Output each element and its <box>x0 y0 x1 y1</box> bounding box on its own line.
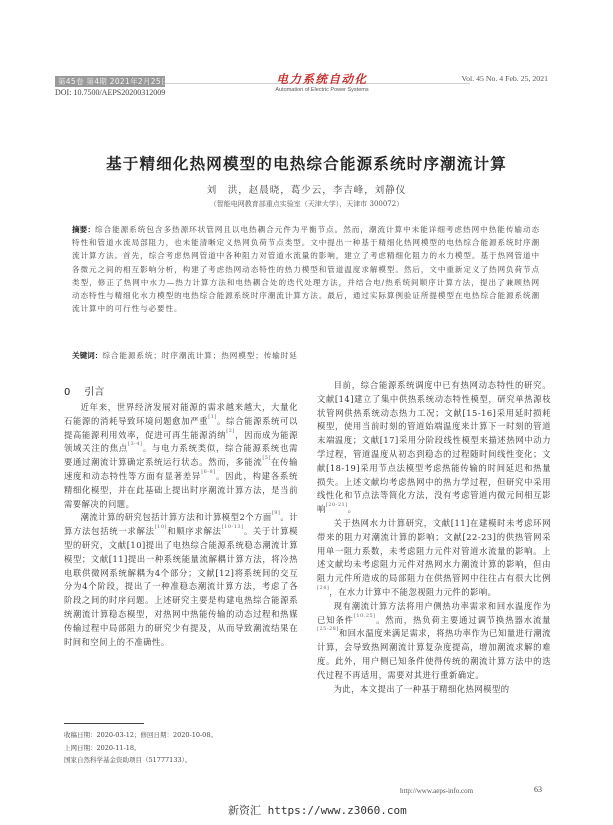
journal-url[interactable]: http://www.aeps-info.com <box>400 787 473 795</box>
citation-ref[interactable]: [1] <box>208 414 217 420</box>
paragraph-text: ，在水力计算中不能忽视阻力元件的影响。 <box>329 587 496 597</box>
abstract-text: 综合能源系统包含多热源环状管网且以电热耦合元件为平衡节点。然而，潮流计算中未能详… <box>72 225 540 313</box>
body-paragraph: 潮流计算的研究包括计算方法和计算模型2个方面[9]。计算方法包括统一求解法[10… <box>64 511 298 649</box>
watermark: 新资汇 https://www.z3060.com <box>228 802 407 818</box>
citation-ref[interactable]: [20-21] <box>326 502 348 508</box>
page-number: 63 <box>534 785 542 794</box>
citation-ref[interactable]: [10-13] <box>222 524 244 530</box>
paragraph-text: 。关于计算模型的研究，文献[10]提出了电热综合能源系统稳态潮流计算模型；文献[… <box>64 526 298 646</box>
footnote-funding: 国家自然科学基金资助项目（51777133）。 <box>64 754 304 767</box>
footnote-online: 上网日期：2020-11-18。 <box>64 742 304 755</box>
doi-label: DOI: 10.7500/AEPS20200312009 <box>55 88 165 97</box>
section-heading: 0引言 <box>64 383 104 398</box>
citation-ref[interactable]: [5] <box>262 455 271 461</box>
paragraph-text: 为此，本文提出了一种基于精细化热网模型的 <box>334 684 510 694</box>
citation-ref[interactable]: [3-4] <box>128 441 142 447</box>
body-paragraph: 现有潮流计算方法将用户侧热功率需求和回水温度作为已知条件[10,25]。然而，热… <box>317 600 551 683</box>
body-paragraph: 为此，本文提出了一种基于精细化热网模型的 <box>317 683 551 697</box>
abstract-label: 摘要： <box>72 225 95 234</box>
paragraph-text: 和顺序求解法 <box>167 526 222 536</box>
section-number: 0 <box>64 387 70 398</box>
citation-ref[interactable]: [10] <box>155 524 167 530</box>
footnote-divider <box>64 723 144 724</box>
right-column: 目前，综合能源系统调度中已有热网动态特性的研究。文献[14]建立了集中供热系统动… <box>317 379 551 696</box>
journal-name-en: Automation of Electric Power Systems <box>262 87 382 93</box>
paragraph-text: 。 <box>348 504 357 514</box>
keywords: 关键词：综合能源系统；时序潮流计算；热网模型；传输时延 <box>72 350 540 361</box>
keywords-text: 综合能源系统；时序潮流计算；热网模型；传输时延 <box>102 351 297 360</box>
citation-ref[interactable]: [10,25] <box>354 613 376 619</box>
body-paragraph: 目前，综合能源系统调度中已有热网动态特性的研究。文献[14]建立了集中供热系统动… <box>317 379 551 517</box>
citation-ref[interactable]: [9] <box>272 510 281 516</box>
citation-ref[interactable]: [24] <box>317 585 329 591</box>
issue-info-bar: 第45卷 第4期 2021年2月25日 <box>55 76 165 87</box>
paragraph-text: 潮流计算的研究包括计算方法和计算模型2个方面 <box>81 512 272 522</box>
paragraph-text: 目前，综合能源系统调度中已有热网动态特性的研究。文献[14]建立了集中供热系统动… <box>317 380 551 514</box>
body-paragraph: 关于热网水力计算研究，文献[11]在建模时未考虑环网带来的阻力对潮流计算的影响；… <box>317 517 551 600</box>
citation-ref[interactable]: [6-8] <box>201 469 215 475</box>
paragraph-text: 。然而，热负荷主要通过调节换热器水流量 <box>376 615 551 625</box>
left-column: 近年来，世界经济发展对能源的需求越来越大，大量化石能源的消耗导致环境问题愈加严重… <box>64 401 298 649</box>
footnote-received: 收稿日期：2020-03-12；修回日期：2020-10-08。 <box>64 729 304 742</box>
paper-authors: 刘 洪，赵晨晓，葛少云，李吉峰，刘静仪 <box>0 182 613 196</box>
paragraph-text: 关于热网水力计算研究，文献[11]在建模时未考虑环网带来的阻力对潮流计算的影响；… <box>317 518 551 583</box>
citation-ref[interactable]: [25-28] <box>317 626 339 632</box>
citation-ref[interactable]: [2] <box>226 428 235 434</box>
footnotes: 收稿日期：2020-03-12；修回日期：2020-10-08。 上网日期：20… <box>64 729 304 767</box>
section-title: 引言 <box>84 387 104 398</box>
keywords-label: 关键词： <box>72 351 102 360</box>
abstract: 摘要：综合能源系统包含多热源环状管网且以电热耦合元件为平衡节点。然而，潮流计算中… <box>72 223 540 315</box>
journal-logo-cn: 电力系统自动化 <box>272 71 372 87</box>
paragraph-text: 和回水温度来满足需求，将热功率作为已知量进行潮流计算，会导致热网潮流计算复杂度提… <box>317 628 551 679</box>
paper-title: 基于精细化热网模型的电热综合能源系统时序潮流计算 <box>0 152 613 174</box>
body-paragraph: 近年来，世界经济发展对能源的需求越来越大，大量化石能源的消耗导致环境问题愈加严重… <box>64 401 298 511</box>
volume-info: Vol. 45 No. 4 Feb. 25, 2021 <box>430 74 548 83</box>
paper-affiliation: （智能电网教育部重点实验室（天津大学），天津市 300072） <box>0 199 613 209</box>
